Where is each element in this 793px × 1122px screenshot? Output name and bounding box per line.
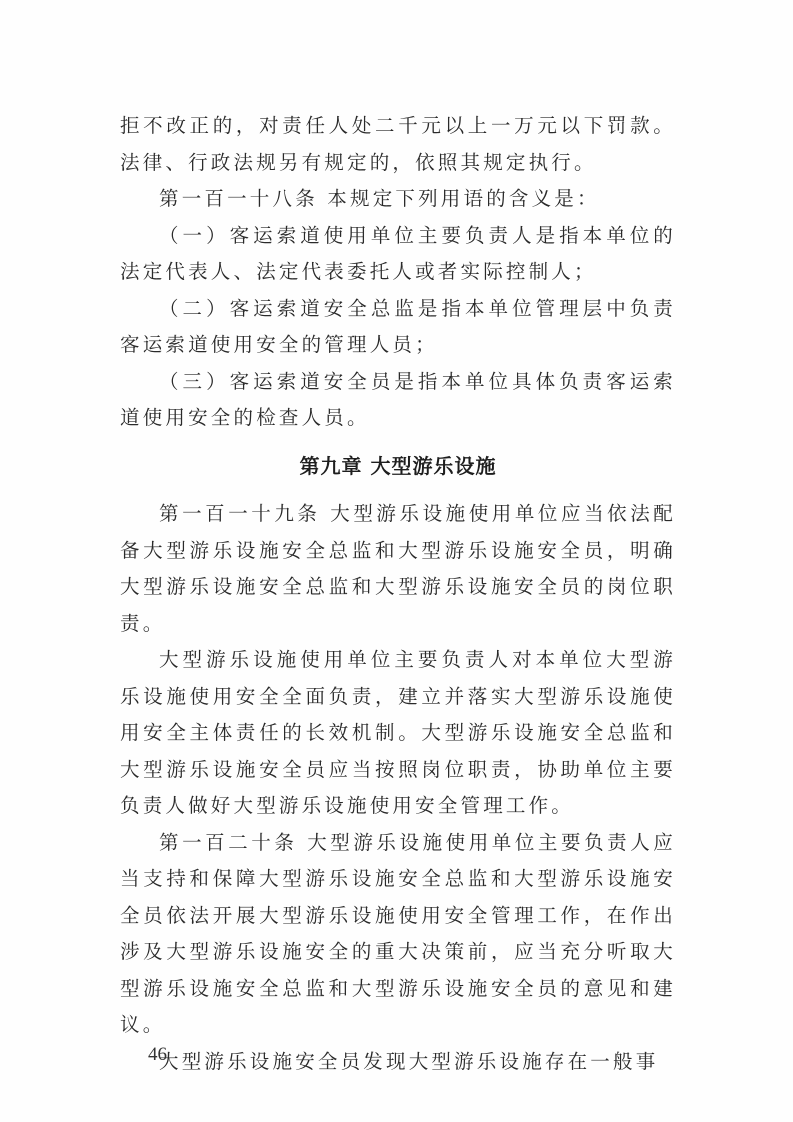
- article-120-paragraph-2: 大型游乐设施安全员发现大型游乐设施存在一般事: [120, 1044, 676, 1081]
- chapter-heading: 第九章 大型游乐设施: [120, 448, 676, 485]
- article-118-item-2: （二）客运索道安全总监是指本单位管理层中负责客运索道使用安全的管理人员；: [120, 291, 676, 364]
- paragraph-penalty-continuation: 拒不改正的，对责任人处二千元以上一万元以下罚款。法律、行政法规另有规定的，依照其…: [120, 108, 676, 181]
- article-120: 第一百二十条 大型游乐设施使用单位主要负责人应当支持和保障大型游乐设施安全总监和…: [120, 825, 676, 1044]
- article-118-intro: 第一百一十八条 本规定下列用语的含义是：: [120, 181, 676, 218]
- page-number: 46: [148, 1044, 167, 1066]
- article-118-item-3: （三）客运索道安全员是指本单位具体负责客运索道使用安全的检查人员。: [120, 364, 676, 437]
- page-body: 拒不改正的，对责任人处二千元以上一万元以下罚款。法律、行政法规另有规定的，依照其…: [120, 108, 676, 1080]
- article-118-item-1: （一）客运索道使用单位主要负责人是指本单位的法定代表人、法定代表委托人或者实际控…: [120, 218, 676, 291]
- article-119: 第一百一十九条 大型游乐设施使用单位应当依法配备大型游乐设施安全总监和大型游乐设…: [120, 496, 676, 642]
- article-119-paragraph-2: 大型游乐设施使用单位主要负责人对本单位大型游乐设施使用安全全面负责，建立并落实大…: [120, 642, 676, 825]
- document-page: 拒不改正的，对责任人处二千元以上一万元以下罚款。法律、行政法规另有规定的，依照其…: [0, 0, 793, 1122]
